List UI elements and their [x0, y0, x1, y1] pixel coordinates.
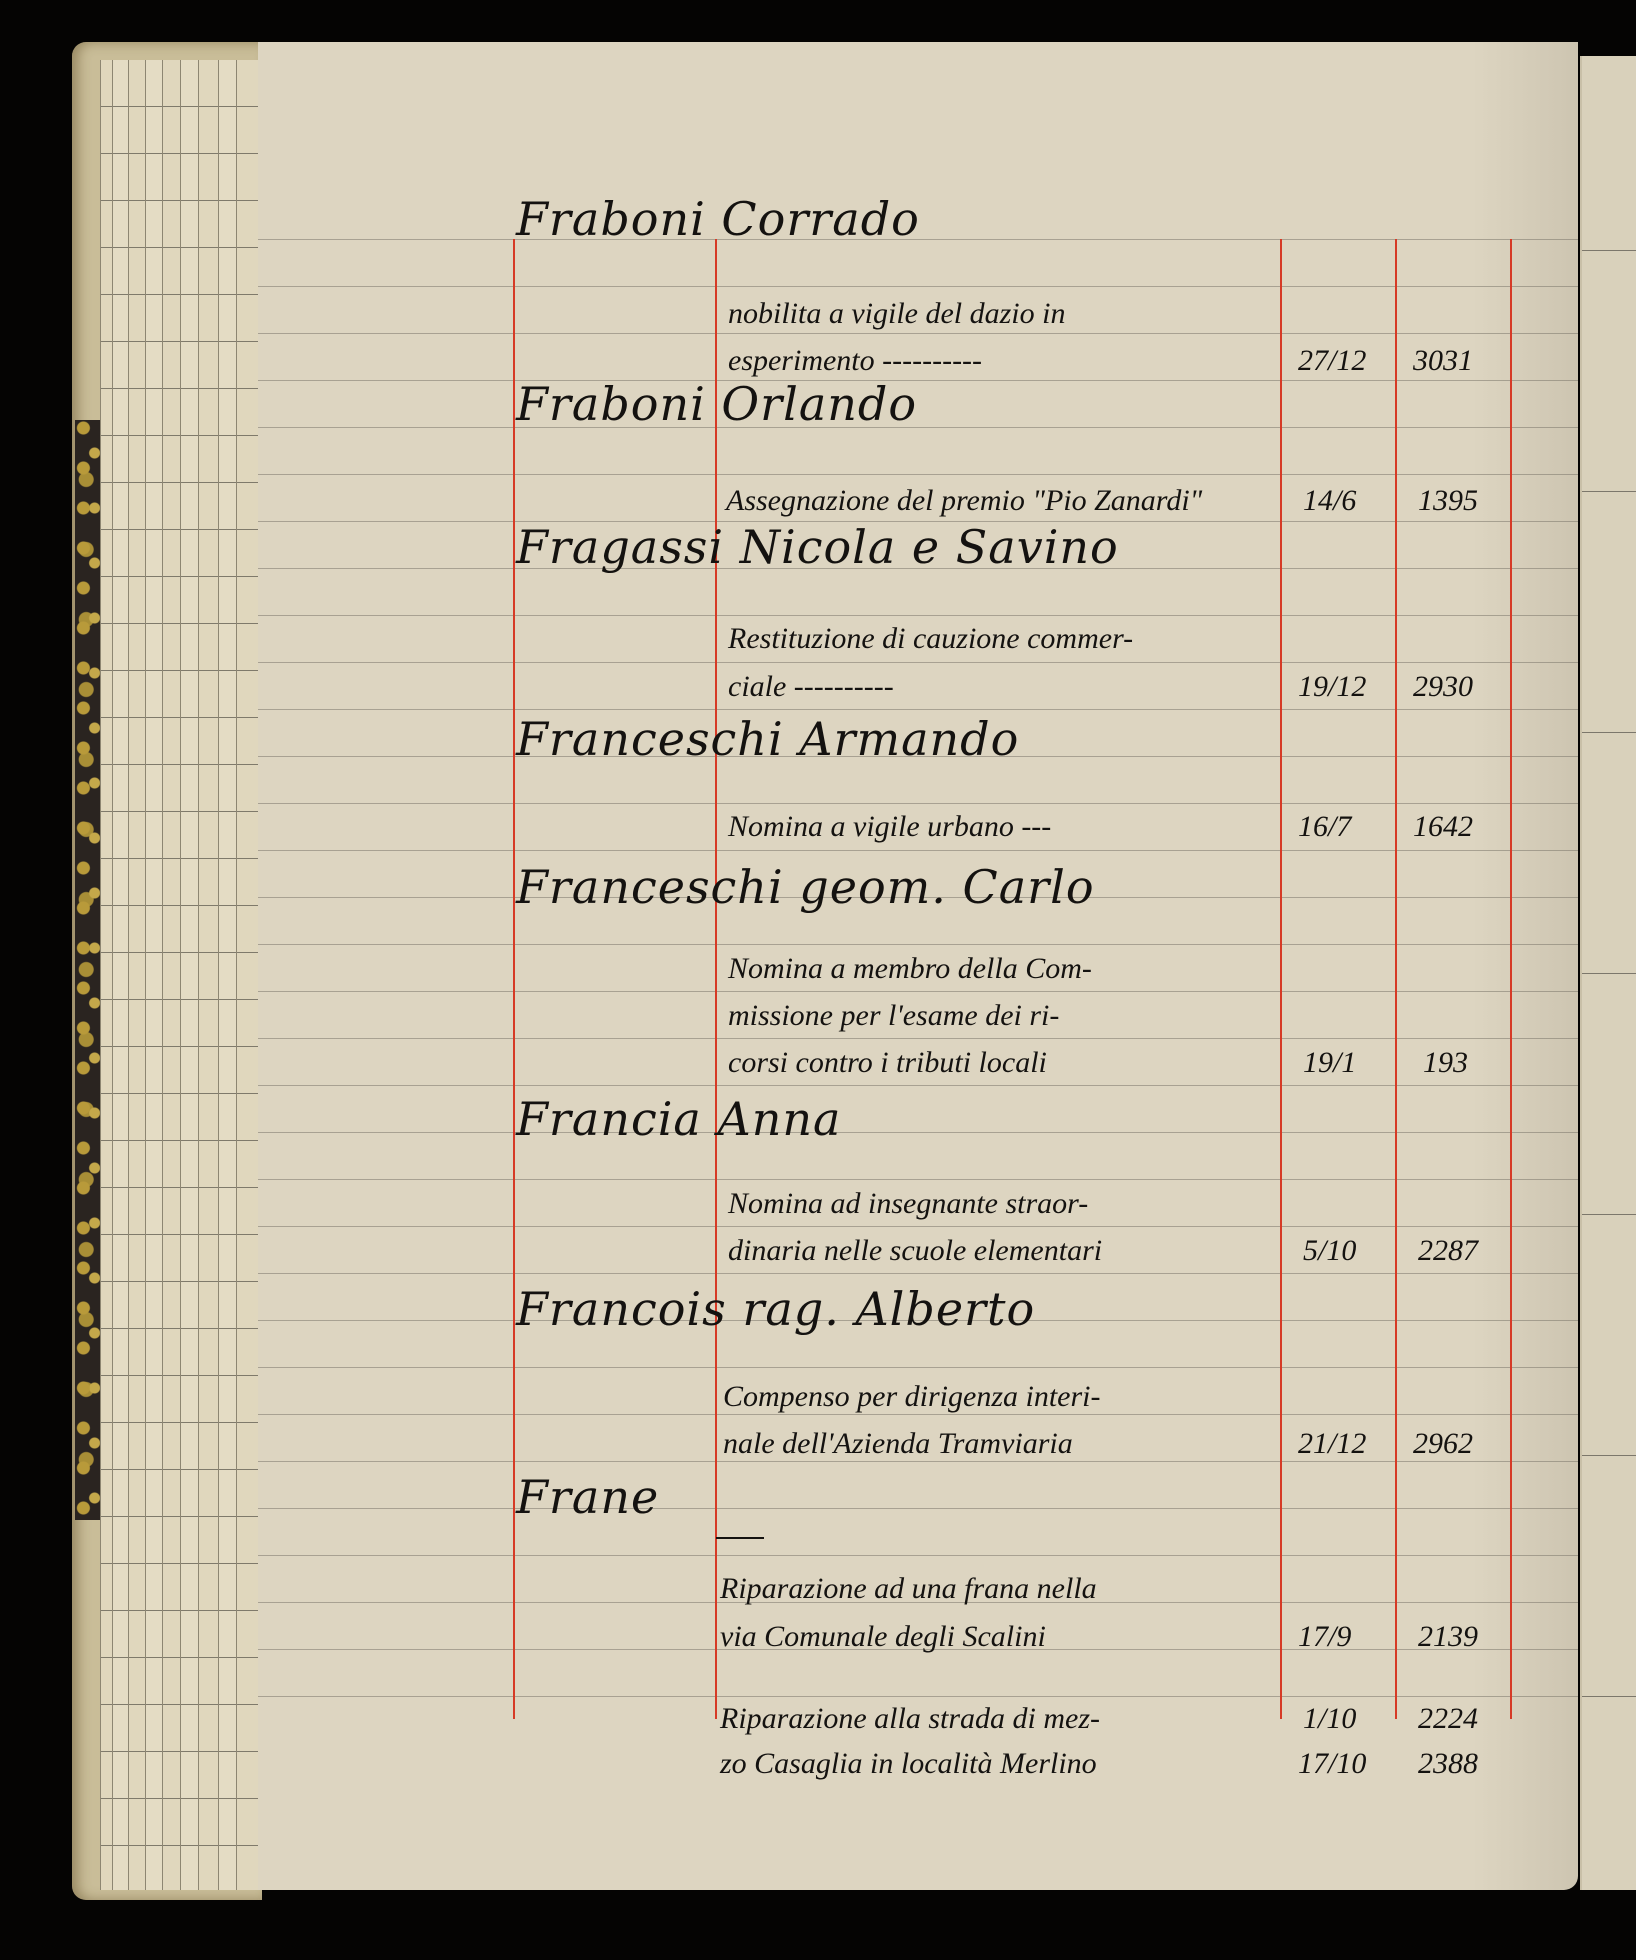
entry-desc-line: dinaria nelle scuole elementari [728, 1234, 1102, 1268]
entry-date: 21/12 [1298, 1427, 1366, 1461]
entry-desc-line: Nomina a membro della Com- [728, 952, 1092, 986]
entry-number: 2224 [1418, 1702, 1478, 1736]
entry-name: Franceschi geom. Carlo [516, 860, 1095, 914]
entry-desc-line: nale dell'Azienda Tramviaria [723, 1427, 1073, 1461]
entry-desc-line: Assegnazione del premio "Pio Zanardi" [726, 484, 1202, 518]
entry-desc-line: via Comunale degli Scalini [720, 1620, 1046, 1654]
entry-number: 2139 [1418, 1620, 1478, 1654]
red-rule-description [1280, 239, 1282, 1719]
entry-desc-line: nobilita a vigile del dazio in [728, 297, 1065, 331]
red-rule-margin [513, 239, 515, 1719]
ledger-page: Fraboni Corrado nobilita a vigile del da… [258, 42, 1578, 1890]
entry-number: 193 [1423, 1046, 1468, 1080]
entry-desc-line: corsi contro i tributi locali [728, 1046, 1047, 1080]
entry-date: 27/12 [1298, 344, 1366, 378]
entry-number: 1395 [1418, 484, 1478, 518]
dash-mark [716, 1537, 764, 1539]
entry-number: 2930 [1413, 670, 1473, 704]
entry-desc-line: Nomina a vigile urbano --- [728, 810, 1051, 844]
entry-name: Franceschi Armando [516, 712, 1019, 766]
facing-page [1580, 56, 1636, 1890]
red-rule-surname [715, 239, 717, 1719]
red-rule-number [1510, 239, 1512, 1719]
entry-number: 2287 [1418, 1234, 1478, 1268]
entry-number: 1642 [1413, 810, 1473, 844]
entry-date: 16/7 [1298, 810, 1351, 844]
entry-name: Francia Anna [516, 1092, 841, 1146]
entry-desc-line: zo Casaglia in località Merlino [720, 1747, 1097, 1781]
entry-date: 14/6 [1303, 484, 1356, 518]
entry-number: 2388 [1418, 1747, 1478, 1781]
entry-name: Francois rag. Alberto [516, 1282, 1035, 1336]
entry-desc-line: Riparazione ad una frana nella [720, 1572, 1097, 1606]
entry-desc-line: Nomina ad insegnante straor- [728, 1187, 1088, 1221]
entry-name: Fragassi Nicola e Savino [516, 520, 1119, 574]
entry-date: 5/10 [1303, 1234, 1356, 1268]
entry-desc-line: missione per l'esame dei ri- [728, 999, 1059, 1033]
entry-date: 19/12 [1298, 670, 1366, 704]
entry-date: 17/10 [1298, 1747, 1366, 1781]
marbled-spine [75, 420, 103, 1520]
entry-name: Frane [516, 1470, 659, 1524]
red-rule-date [1395, 239, 1397, 1719]
entry-desc-line: Compenso per dirigenza interi- [723, 1380, 1100, 1414]
entry-date: 1/10 [1303, 1702, 1356, 1736]
entry-desc-line: Restituzione di cauzione commer- [728, 622, 1133, 656]
entry-desc-line: ciale ---------- [728, 670, 894, 704]
entry-number: 3031 [1413, 344, 1473, 378]
entry-desc-line: esperimento ---------- [728, 344, 982, 378]
entry-name: Fraboni Orlando [516, 377, 917, 431]
entry-date: 19/1 [1303, 1046, 1356, 1080]
entry-date: 17/9 [1298, 1620, 1351, 1654]
entry-number: 2962 [1413, 1427, 1473, 1461]
entry-name: Fraboni Corrado [516, 192, 920, 246]
entry-desc-line: Riparazione alla strada di mez- [720, 1702, 1100, 1736]
